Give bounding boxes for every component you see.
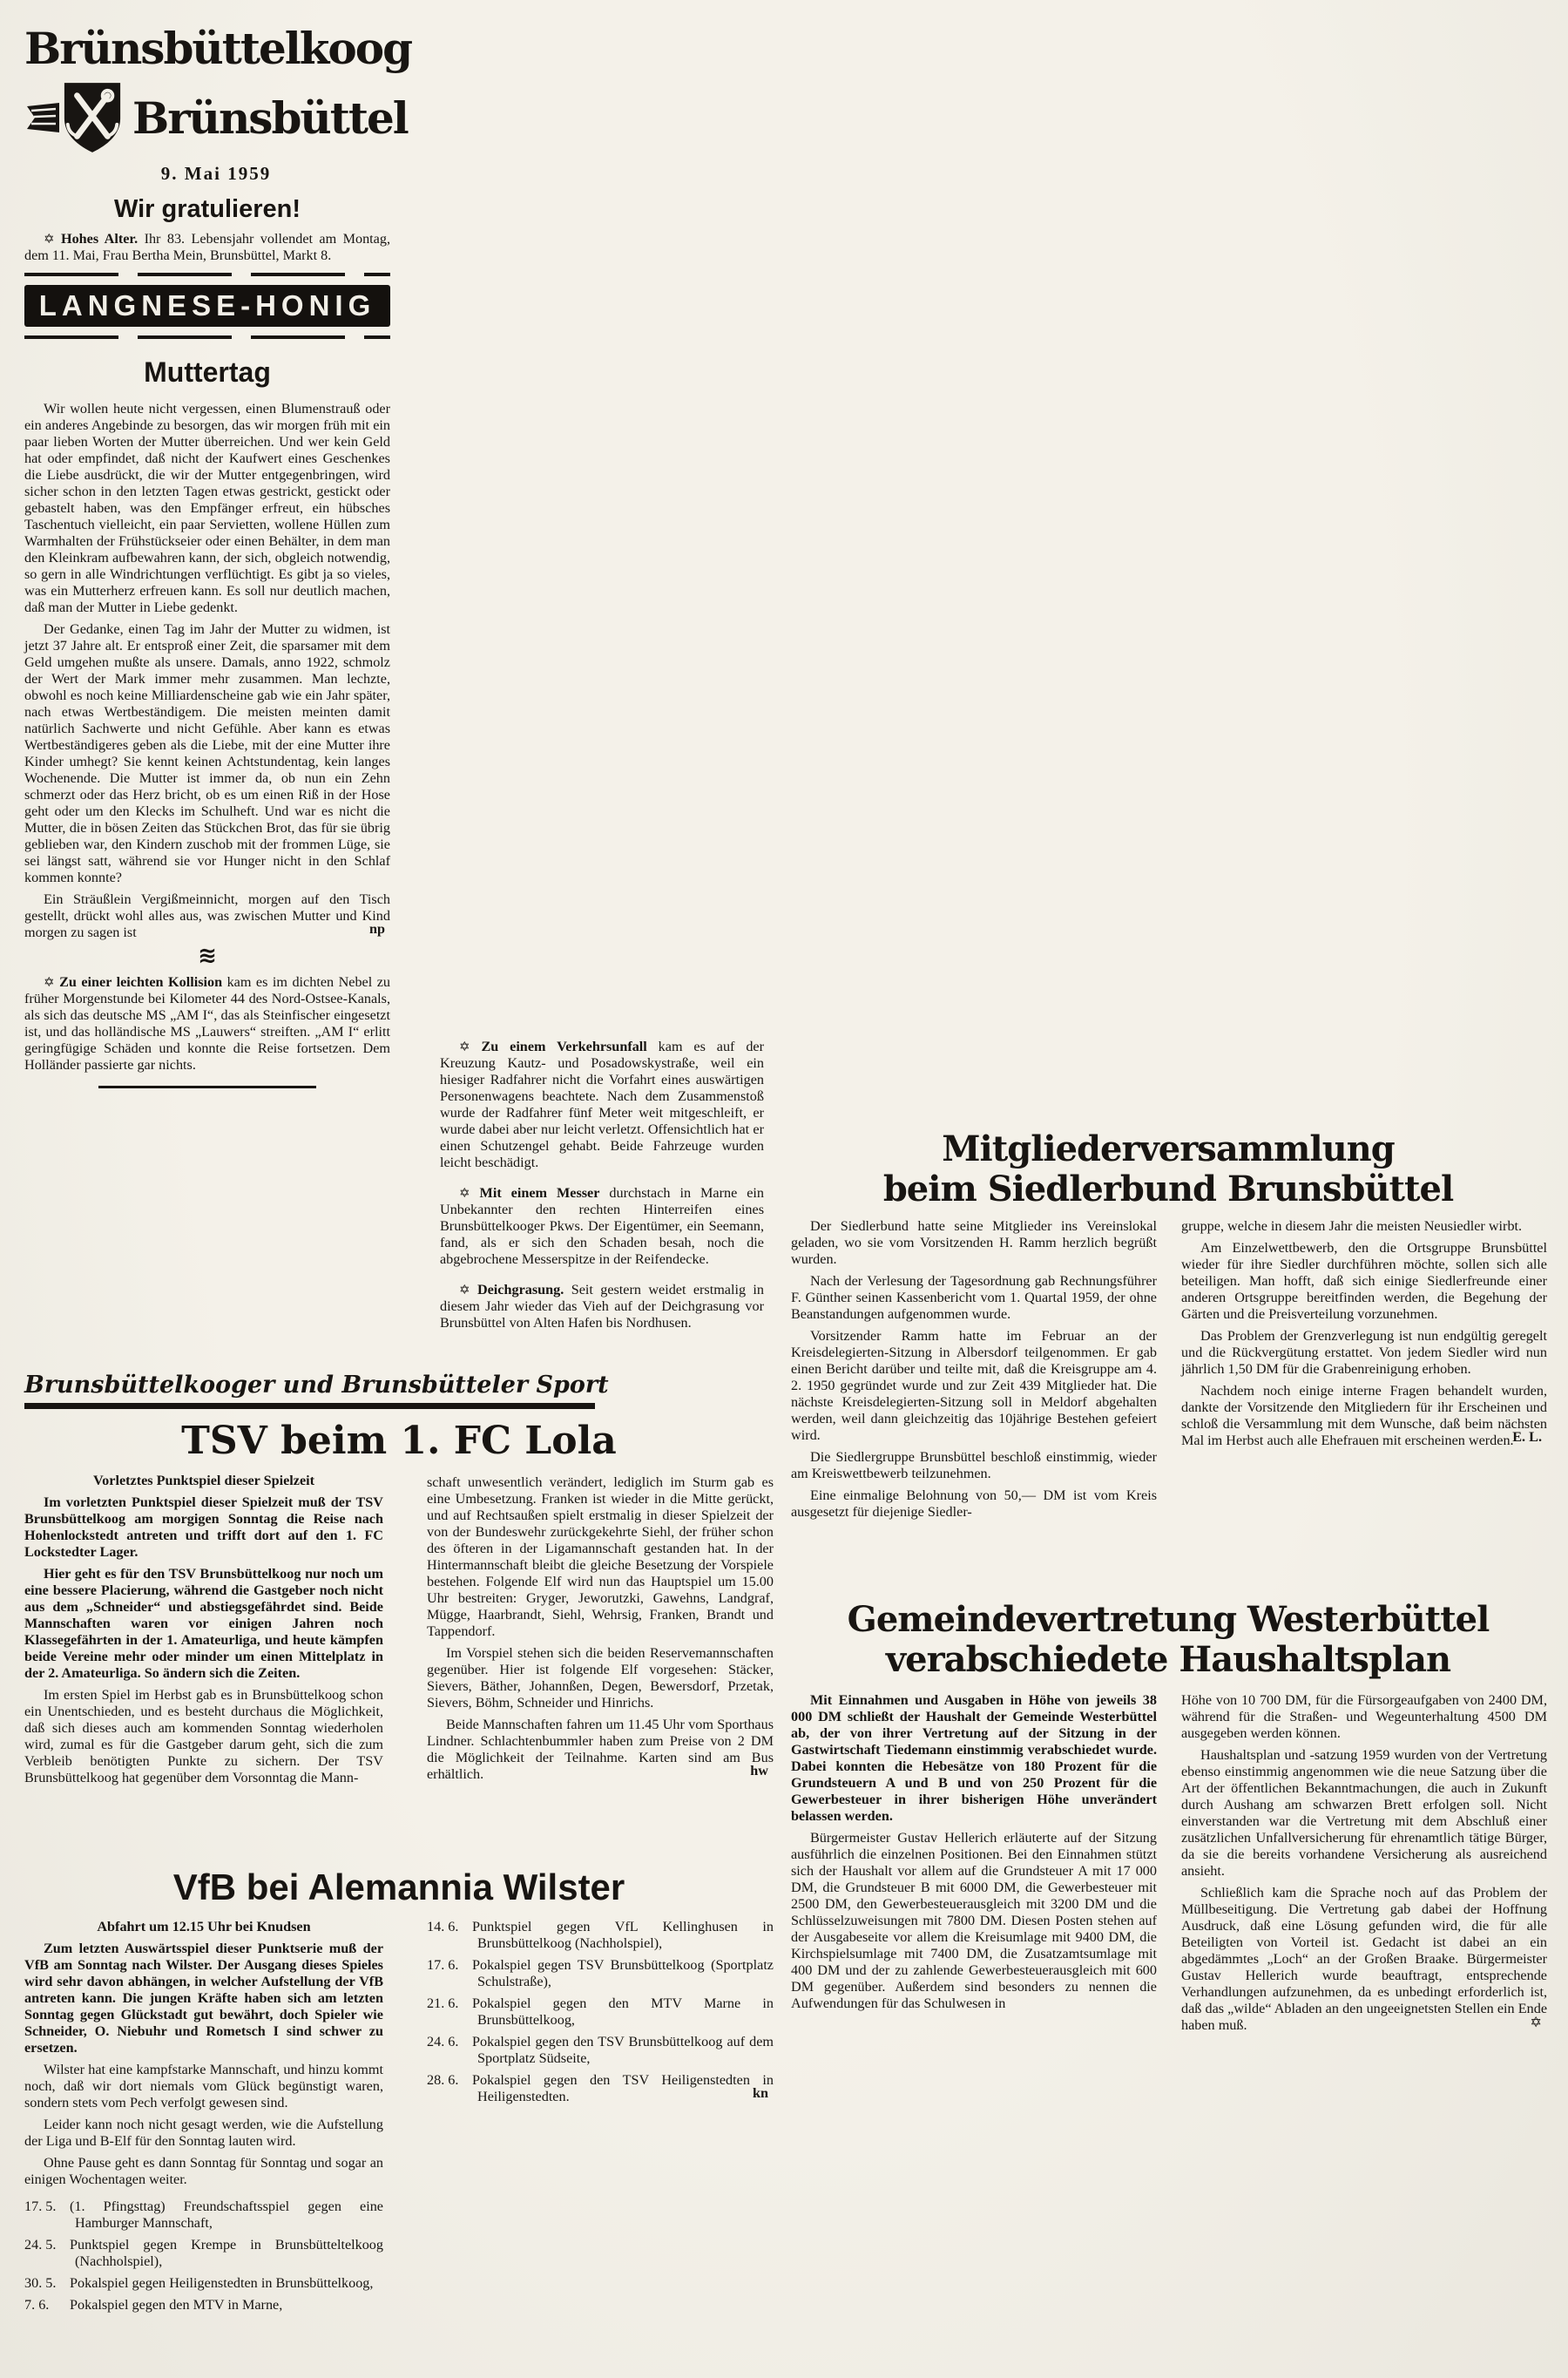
westerbuettel-closing: Schließlich kam die Sprache noch auf das…: [1181, 1885, 1547, 2034]
tsv-headline-block: TSV beim 1. FC Lola: [24, 1419, 774, 1463]
congrats-heading: Wir gratulieren!: [24, 195, 390, 224]
schedule-date: 24. 5.: [24, 2237, 70, 2253]
vfb-column-2: 14. 6.Punktspiel gegen VfL Kellinghusen …: [427, 1919, 774, 2110]
coat-of-arms-icon: [61, 79, 124, 156]
star-icon: ✡: [44, 974, 55, 990]
westerbuettel-paragraph: Haushaltsplan und -satzung 1959 wurden v…: [1181, 1747, 1547, 1880]
schedule-text: Pokalspiel gegen TSV Brunsbüttelkoog (Sp…: [472, 1957, 774, 1989]
westerbuettel-column-1: Mit Einnahmen und Ausgaben in Höhe von j…: [791, 1692, 1157, 2017]
local-news-column: ✡ Zu einem Verkehrsunfall kam es auf der…: [440, 1039, 764, 1337]
masthead-title-line1: Brünsbüttelkoog: [24, 23, 408, 74]
congrats-item: ✡ Hohes Alter. Ihr 83. Lebensjahr vollen…: [24, 231, 390, 264]
schedule-text: Pokalspiel gegen den MTV Marne in Brunsb…: [472, 1995, 774, 2028]
westerbuettel-headline-line1: Gemeindevertretung Westerbüttel: [788, 1600, 1548, 1640]
dashed-rule: [24, 335, 390, 339]
schedule-date: 14. 6.: [427, 1919, 472, 1935]
tsv-paragraph: Im ersten Spiel im Herbst gab es in Brun…: [24, 1687, 383, 1786]
star-icon: ✡: [459, 1185, 470, 1201]
westerbuettel-paragraph: Höhe von 10 700 DM, für die Fürsorgeaufg…: [1181, 1692, 1547, 1742]
tsv-paragraph: Beide Mannschaften fahren um 11.45 Uhr v…: [427, 1717, 774, 1783]
schedule-text: Pokalspiel gegen Heiligenstedten in Brun…: [70, 2275, 373, 2291]
author-initials: E. L.: [1512, 1429, 1542, 1446]
schedule-text: Pokalspiel gegen den MTV in Marne,: [70, 2297, 282, 2313]
siedlerbund-paragraph: Vorsitzender Ramm hatte im Februar an de…: [791, 1328, 1157, 1444]
news-item-kollision: ✡ Zu einer leichten Kollision kam es im …: [24, 974, 390, 1074]
muttertag-heading: Muttertag: [24, 356, 390, 389]
schedule-date: 30. 5.: [24, 2275, 70, 2292]
tsv-closing: Beide Mannschaften fahren um 11.45 Uhr v…: [427, 1717, 774, 1783]
tsv-subhead: Vorletztes Punktspiel dieser Spielzeit: [24, 1473, 383, 1489]
schedule-date: 28. 6.: [427, 2072, 472, 2089]
siedlerbund-headline-line1: Mitgliederversammlung: [788, 1129, 1548, 1169]
siedlerbund-paragraph: gruppe, welche in diesem Jahr die meiste…: [1181, 1218, 1547, 1235]
author-initials: np: [369, 921, 385, 938]
muttertag-paragraph-2: Der Gedanke, einen Tag im Jahr der Mutte…: [24, 621, 390, 886]
schedule-date: 21. 6.: [427, 1995, 472, 2012]
left-column: Wir gratulieren! ✡ Hohes Alter. Ihr 83. …: [24, 193, 390, 1088]
sport-band-rule: [24, 1403, 595, 1409]
vfb-paragraph: Leider kann noch nicht gesagt werden, wi…: [24, 2117, 383, 2150]
schedule-item: 30. 5.Pokalspiel gegen Heiligenstedten i…: [24, 2275, 383, 2292]
messer-lead: Mit einem Messer: [480, 1185, 600, 1201]
sport-band-title: Brunsbüttelkooger und Brunsbütteler Spor…: [24, 1372, 774, 1399]
congrats-lead: Hohes Alter.: [61, 231, 138, 247]
schedule-item: 17. 5.(1. Pfingsttag) Freundschaftsspiel…: [24, 2198, 383, 2232]
tsv-headline: TSV beim 1. FC Lola: [24, 1419, 774, 1463]
schedule-text: (1. Pfingsttag) Freundschaftsspiel gegen…: [70, 2198, 383, 2231]
siedlerbund-paragraph: Eine einmalige Belohnung von 50,— DM ist…: [791, 1487, 1157, 1521]
siedlerbund-column-2: gruppe, welche in diesem Jahr die meiste…: [1181, 1218, 1547, 1454]
siedlerbund-paragraph: Das Problem der Grenzverlegung ist nun e…: [1181, 1328, 1547, 1378]
siedlerbund-paragraph: Die Siedlergruppe Brunsbüttel beschloß e…: [791, 1449, 1157, 1482]
dashed-rule: [24, 273, 390, 276]
siedlerbund-paragraph: Nach der Verlesung der Tagesordnung gab …: [791, 1273, 1157, 1323]
schedule-item: 24. 5.Punktspiel gegen Krempe in Brunsbü…: [24, 2237, 383, 2270]
schedule-date: 17. 5.: [24, 2198, 70, 2215]
issue-date: 9. Mai 1959: [24, 163, 408, 185]
verkehrsunfall-lead: Zu einem Verkehrsunfall: [481, 1039, 646, 1054]
banner-icon: [24, 100, 61, 135]
section-end-rule: [98, 1086, 316, 1088]
westerbuettel-lead-paragraph: Mit Einnahmen und Ausgaben in Höhe von j…: [791, 1692, 1157, 1825]
schedule-item: 17. 6.Pokalspiel gegen TSV Brunsbüttelko…: [427, 1957, 774, 1990]
masthead-title-line2: Brünsbüttel: [132, 92, 408, 144]
westerbuettel-column-2: Höhe von 10 700 DM, für die Fürsorgeaufg…: [1181, 1692, 1547, 2039]
tsv-paragraph: Hier geht es für den TSV Brunsbüttelkoog…: [24, 1566, 383, 1682]
schedule-text: Punktspiel gegen VfL Kellinghusen in Bru…: [472, 1919, 774, 1951]
tsv-column-1: Vorletztes Punktspiel dieser Spielzeit I…: [24, 1473, 383, 1792]
verkehrsunfall-text: kam es auf der Kreuzung Kautz- und Posad…: [440, 1039, 764, 1170]
news-item-verkehrsunfall: ✡ Zu einem Verkehrsunfall kam es auf der…: [440, 1039, 764, 1171]
author-initials: hw: [750, 1763, 768, 1779]
vfb-subhead: Abfahrt um 12.15 Uhr bei Knudsen: [24, 1919, 383, 1935]
sport-band: Brunsbüttelkooger und Brunsbütteler Spor…: [24, 1372, 774, 1409]
westerbuettel-heading-block: Gemeindevertretung Westerbüttel verabsch…: [788, 1600, 1548, 1680]
siedlerbund-paragraph: Am Einzelwettbewerb, den die Ortsgruppe …: [1181, 1240, 1547, 1323]
advert-langnese: LANGNESE-HONIG: [24, 285, 390, 327]
schedule-item: 7. 6.Pokalspiel gegen den MTV in Marne,: [24, 2297, 383, 2314]
schedule-date: 17. 6.: [427, 1957, 472, 1974]
tsv-paragraph: schaft unwesentlich verändert, lediglich…: [427, 1474, 774, 1640]
siedlerbund-column-1: Der Siedlerbund hatte seine Mitglieder i…: [791, 1218, 1157, 1526]
star-icon: ✡: [459, 1282, 470, 1297]
vfb-paragraph: Ohne Pause geht es dann Sonntag für Sonn…: [24, 2155, 383, 2188]
kollision-lead: Zu einer leichten Kollision: [59, 974, 222, 990]
schedule-item: 28. 6.Pokalspiel gegen den TSV Heiligens…: [427, 2072, 774, 2105]
news-item-deichgrasung: ✡ Deichgrasung. Seit gestern weidet erst…: [440, 1282, 764, 1331]
star-icon: ✡: [459, 1039, 470, 1054]
vfb-paragraph: Zum letzten Auswärtsspiel dieser Punktse…: [24, 1941, 383, 2056]
siedlerbund-paragraph: Nachdem noch einige interne Fragen behan…: [1181, 1383, 1547, 1449]
siedlerbund-closing: Nachdem noch einige interne Fragen behan…: [1181, 1383, 1547, 1449]
author-initials: kn: [753, 2085, 768, 2102]
squiggle-divider-icon: ≋: [24, 946, 390, 965]
muttertag-closing: Ein Sträußlein Vergißmeinnicht, morgen a…: [24, 891, 390, 941]
schedule-date: 7. 6.: [24, 2297, 70, 2314]
vfb-headline: VfB bei Alemannia Wilster: [24, 1866, 774, 1908]
vfb-closing: 28. 6.Pokalspiel gegen den TSV Heiligens…: [427, 2072, 774, 2105]
westerbuettel-paragraph: Bürgermeister Gustav Hellerich erläutert…: [791, 1830, 1157, 2012]
advert-label: LANGNESE-HONIG: [39, 289, 376, 322]
deichgrasung-lead: Deichgrasung.: [477, 1282, 564, 1297]
schedule-item: 21. 6.Pokalspiel gegen den MTV Marne in …: [427, 1995, 774, 2029]
tsv-paragraph: Im Vorspiel stehen sich die beiden Reser…: [427, 1645, 774, 1711]
news-item-messer: ✡ Mit einem Messer durchstach in Marne e…: [440, 1185, 764, 1268]
siedlerbund-headline-line2: beim Siedlerbund Brunsbüttel: [788, 1169, 1548, 1209]
vfb-column-1: Abfahrt um 12.15 Uhr bei Knudsen Zum let…: [24, 1919, 383, 2319]
schedule-text: Pokalspiel gegen den TSV Heiligenstedten…: [472, 2072, 774, 2104]
schedule-text: Punktspiel gegen Krempe in Brunsbüttelte…: [70, 2237, 383, 2269]
schedule-item: 14. 6.Punktspiel gegen VfL Kellinghusen …: [427, 1919, 774, 1952]
star-icon: ✡: [44, 231, 55, 247]
masthead-row: Brünsbüttel: [24, 78, 408, 158]
siedlerbund-paragraph: Der Siedlerbund hatte seine Mitglieder i…: [791, 1218, 1157, 1268]
tsv-column-2: schaft unwesentlich verändert, lediglich…: [427, 1474, 774, 1788]
muttertag-paragraph-1: Wir wollen heute nicht vergessen, einen …: [24, 401, 390, 616]
westerbuettel-paragraph: Schließlich kam die Sprache noch auf das…: [1181, 1885, 1547, 2034]
tsv-paragraph: Im vorletzten Punktspiel dieser Spielzei…: [24, 1494, 383, 1561]
siedlerbund-heading-block: Mitgliederversammlung beim Siedlerbund B…: [788, 1129, 1548, 1209]
schedule-date: 24. 6.: [427, 2034, 472, 2050]
newspaper-page: Brünsbüttelkoog Brü: [0, 0, 1568, 2378]
masthead: Brünsbüttelkoog Brü: [24, 23, 408, 185]
vfb-paragraph: Wilster hat eine kampfstarke Mannschaft,…: [24, 2062, 383, 2111]
schedule-text: Pokalspiel gegen den TSV Brunsbüttelkoog…: [472, 2034, 774, 2066]
star-icon: ✡: [1530, 2014, 1542, 2030]
schedule-item: 24. 6.Pokalspiel gegen den TSV Brunsbütt…: [427, 2034, 774, 2067]
westerbuettel-headline-line2: verabschiedete Haushaltsplan: [788, 1640, 1548, 1680]
muttertag-paragraph-3: Ein Sträußlein Vergißmeinnicht, morgen a…: [24, 891, 390, 941]
vfb-headline-block: VfB bei Alemannia Wilster: [24, 1866, 774, 1908]
